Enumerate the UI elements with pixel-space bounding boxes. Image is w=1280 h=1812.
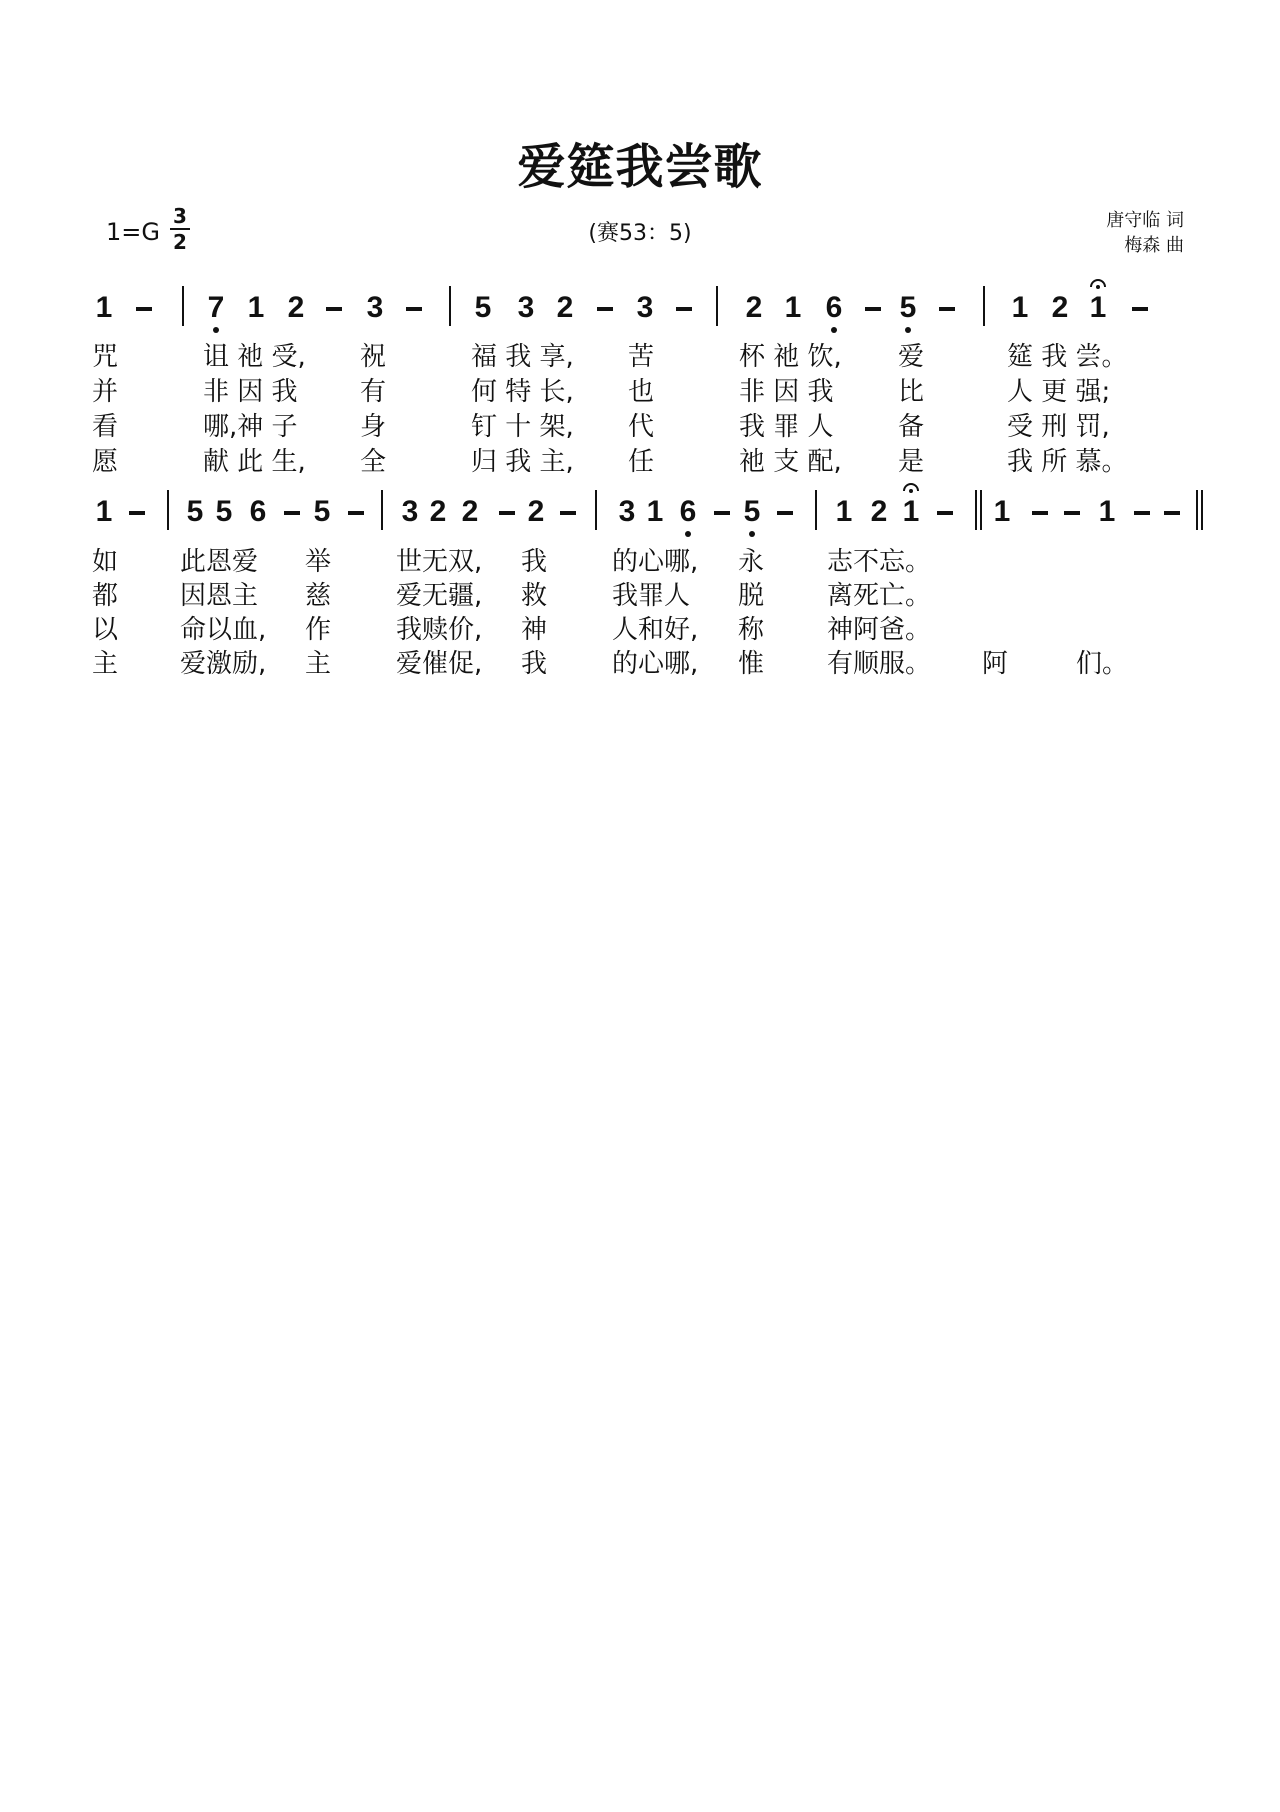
sustain-dash — [597, 307, 613, 311]
bar-line — [167, 490, 169, 530]
sustain-dash — [777, 511, 793, 515]
lyric-verse-1: 筵 我 尝。 — [1007, 342, 1128, 372]
composer-credit: 梅森 曲 — [1106, 233, 1184, 258]
note: 3 — [395, 495, 425, 529]
key-signature: 1=G — [106, 218, 160, 246]
sustain-dash — [1064, 511, 1080, 515]
bar-line — [716, 286, 718, 326]
note: 3 — [360, 291, 390, 325]
note: 7 — [201, 291, 231, 325]
note: 2 — [1045, 291, 1075, 325]
lyric-verse-3: 命以血, — [180, 615, 266, 645]
sustain-dash — [865, 307, 881, 311]
lyric-verse-3: 以 — [92, 615, 118, 645]
sustain-dash — [348, 511, 364, 515]
sustain-dash — [1164, 511, 1180, 515]
credits: 唐守临 词 梅森 曲 — [1106, 208, 1184, 258]
sustain-dash — [1132, 307, 1148, 311]
sustain-dash — [499, 511, 515, 515]
lyric-verse-4: 任 — [628, 447, 654, 477]
sustain-dash — [937, 511, 953, 515]
lyric-verse-4: 我 所 慕。 — [1007, 447, 1128, 477]
note: 2 — [423, 495, 453, 529]
sustain-dash — [1134, 511, 1150, 515]
scripture-reference: (赛53：5) — [0, 216, 1280, 247]
lyric-verse-1: 咒 — [92, 342, 118, 372]
lyric-verse-3: 我赎价, — [396, 615, 482, 645]
double-bar-line — [1196, 490, 1204, 530]
note: 6 — [243, 495, 273, 529]
lyric-verse-3: 代 — [628, 412, 654, 442]
note: 5 — [209, 495, 239, 529]
lyric-verse-4: 我 — [521, 649, 547, 679]
sustain-dash — [129, 511, 145, 515]
bar-line — [381, 490, 383, 530]
note: 3 — [612, 495, 642, 529]
lyric-verse-3: 哪,神 子 — [203, 412, 298, 442]
note: 5 — [468, 291, 498, 325]
lyric-verse-3: 作 — [305, 615, 331, 645]
sustain-dash — [326, 307, 342, 311]
lyric-verse-3: 人和好, — [612, 615, 698, 645]
note: 5 — [893, 291, 923, 325]
lyric-verse-4: 阿 — [982, 649, 1008, 679]
lyric-verse-4: 惟 — [738, 649, 764, 679]
lyric-verse-1: 福 我 享, — [471, 342, 574, 372]
bar-line — [595, 490, 597, 530]
lyric-verse-4: 主 — [92, 649, 118, 679]
sustain-dash — [284, 511, 300, 515]
lyric-verse-3: 称 — [738, 615, 764, 645]
lyric-verse-1: 苦 — [628, 342, 654, 372]
note: 5 — [180, 495, 210, 529]
lyric-verse-4: 愿 — [92, 447, 118, 477]
note: 1 — [987, 495, 1017, 529]
note: 1 — [89, 495, 119, 529]
note: 6 — [673, 495, 703, 529]
note: 1 — [241, 291, 271, 325]
lyric-verse-2: 都 — [92, 581, 118, 611]
note: 1 — [1083, 291, 1113, 325]
note: 1 — [829, 495, 859, 529]
note: 2 — [864, 495, 894, 529]
lyric-verse-2: 离死亡。 — [827, 581, 931, 611]
bar-line — [983, 286, 985, 326]
lyric-verse-2: 脱 — [738, 581, 764, 611]
lyric-verse-1: 诅 祂 受, — [203, 342, 306, 372]
note: 2 — [550, 291, 580, 325]
lyric-verse-3: 神阿爸。 — [827, 615, 931, 645]
bar-line — [815, 490, 817, 530]
lyric-verse-4: 是 — [898, 447, 924, 477]
lyric-verse-3: 身 — [360, 412, 386, 442]
lyric-verse-2: 人 更 强; — [1007, 377, 1110, 407]
note: 5 — [737, 495, 767, 529]
note: 1 — [778, 291, 808, 325]
sustain-dash — [136, 307, 152, 311]
sustain-dash — [676, 307, 692, 311]
lyric-verse-4: 献 此 生, — [203, 447, 306, 477]
lyric-verse-4: 归 我 主, — [471, 447, 574, 477]
lyric-verse-1: 如 — [92, 547, 118, 577]
lyric-verse-2: 非 因 我 — [739, 377, 834, 407]
note: 1 — [1092, 495, 1122, 529]
note: 1 — [1005, 291, 1035, 325]
lyric-verse-4: 主 — [305, 649, 331, 679]
lyric-verse-2: 有 — [360, 377, 386, 407]
lyric-verse-2: 我罪人 — [612, 581, 690, 611]
lyric-verse-1: 的心哪, — [612, 547, 698, 577]
bar-line — [182, 286, 184, 326]
time-signature: 3 2 — [170, 205, 190, 253]
lyric-verse-1: 此恩爱 — [180, 547, 258, 577]
lyric-verse-3: 受 刑 罚, — [1007, 412, 1110, 442]
lyricist-credit: 唐守临 词 — [1106, 208, 1184, 233]
sustain-dash — [406, 307, 422, 311]
lyric-verse-2: 慈 — [305, 581, 331, 611]
lyric-verse-1: 志不忘。 — [827, 547, 931, 577]
song-title: 爱筵我尝歌 — [0, 128, 1280, 197]
lyric-verse-2: 爱无疆, — [396, 581, 482, 611]
lyric-verse-2: 并 — [92, 377, 118, 407]
note: 5 — [307, 495, 337, 529]
note: 6 — [819, 291, 849, 325]
bar-line — [449, 286, 451, 326]
note: 2 — [281, 291, 311, 325]
sustain-dash — [1032, 511, 1048, 515]
lyric-verse-2: 何 特 长, — [471, 377, 574, 407]
lyric-verse-3: 备 — [898, 412, 924, 442]
lyric-verse-4: 的心哪, — [612, 649, 698, 679]
lyric-verse-1: 杯 祂 饮, — [739, 342, 842, 372]
time-signature-bottom: 2 — [170, 231, 190, 253]
lyric-verse-3: 我 罪 人 — [739, 412, 834, 442]
lyric-verse-3: 看 — [92, 412, 118, 442]
note: 1 — [896, 495, 926, 529]
sustain-dash — [560, 511, 576, 515]
lyric-verse-1: 永 — [738, 547, 764, 577]
lyric-verse-1: 祝 — [360, 342, 386, 372]
lyric-verse-1: 举 — [305, 547, 331, 577]
note: 1 — [89, 291, 119, 325]
lyric-verse-4: 有顺服。 — [827, 649, 931, 679]
lyric-verse-4: 爱催促, — [396, 649, 482, 679]
lyric-verse-1: 我 — [521, 547, 547, 577]
lyric-verse-4: 祂 支 配, — [739, 447, 842, 477]
lyric-verse-3: 神 — [521, 615, 547, 645]
note: 2 — [455, 495, 485, 529]
note: 3 — [630, 291, 660, 325]
lyric-verse-3: 钉 十 架, — [471, 412, 574, 442]
lyric-verse-1: 爱 — [898, 342, 924, 372]
time-signature-top: 3 — [170, 205, 190, 227]
lyric-verse-2: 非 因 我 — [203, 377, 298, 407]
sustain-dash — [714, 511, 730, 515]
double-bar-line — [975, 490, 983, 530]
lyric-verse-2: 也 — [628, 377, 654, 407]
note: 2 — [521, 495, 551, 529]
lyric-verse-4: 爱激励, — [180, 649, 266, 679]
note: 3 — [511, 291, 541, 325]
lyric-verse-1: 世无双, — [396, 547, 482, 577]
note: 1 — [640, 495, 670, 529]
sustain-dash — [939, 307, 955, 311]
lyric-verse-2: 因恩主 — [180, 581, 258, 611]
lyric-verse-2: 救 — [521, 581, 547, 611]
lyric-verse-4: 全 — [360, 447, 386, 477]
lyric-verse-4: 们。 — [1076, 649, 1128, 679]
lyric-verse-2: 比 — [898, 377, 924, 407]
note: 2 — [739, 291, 769, 325]
